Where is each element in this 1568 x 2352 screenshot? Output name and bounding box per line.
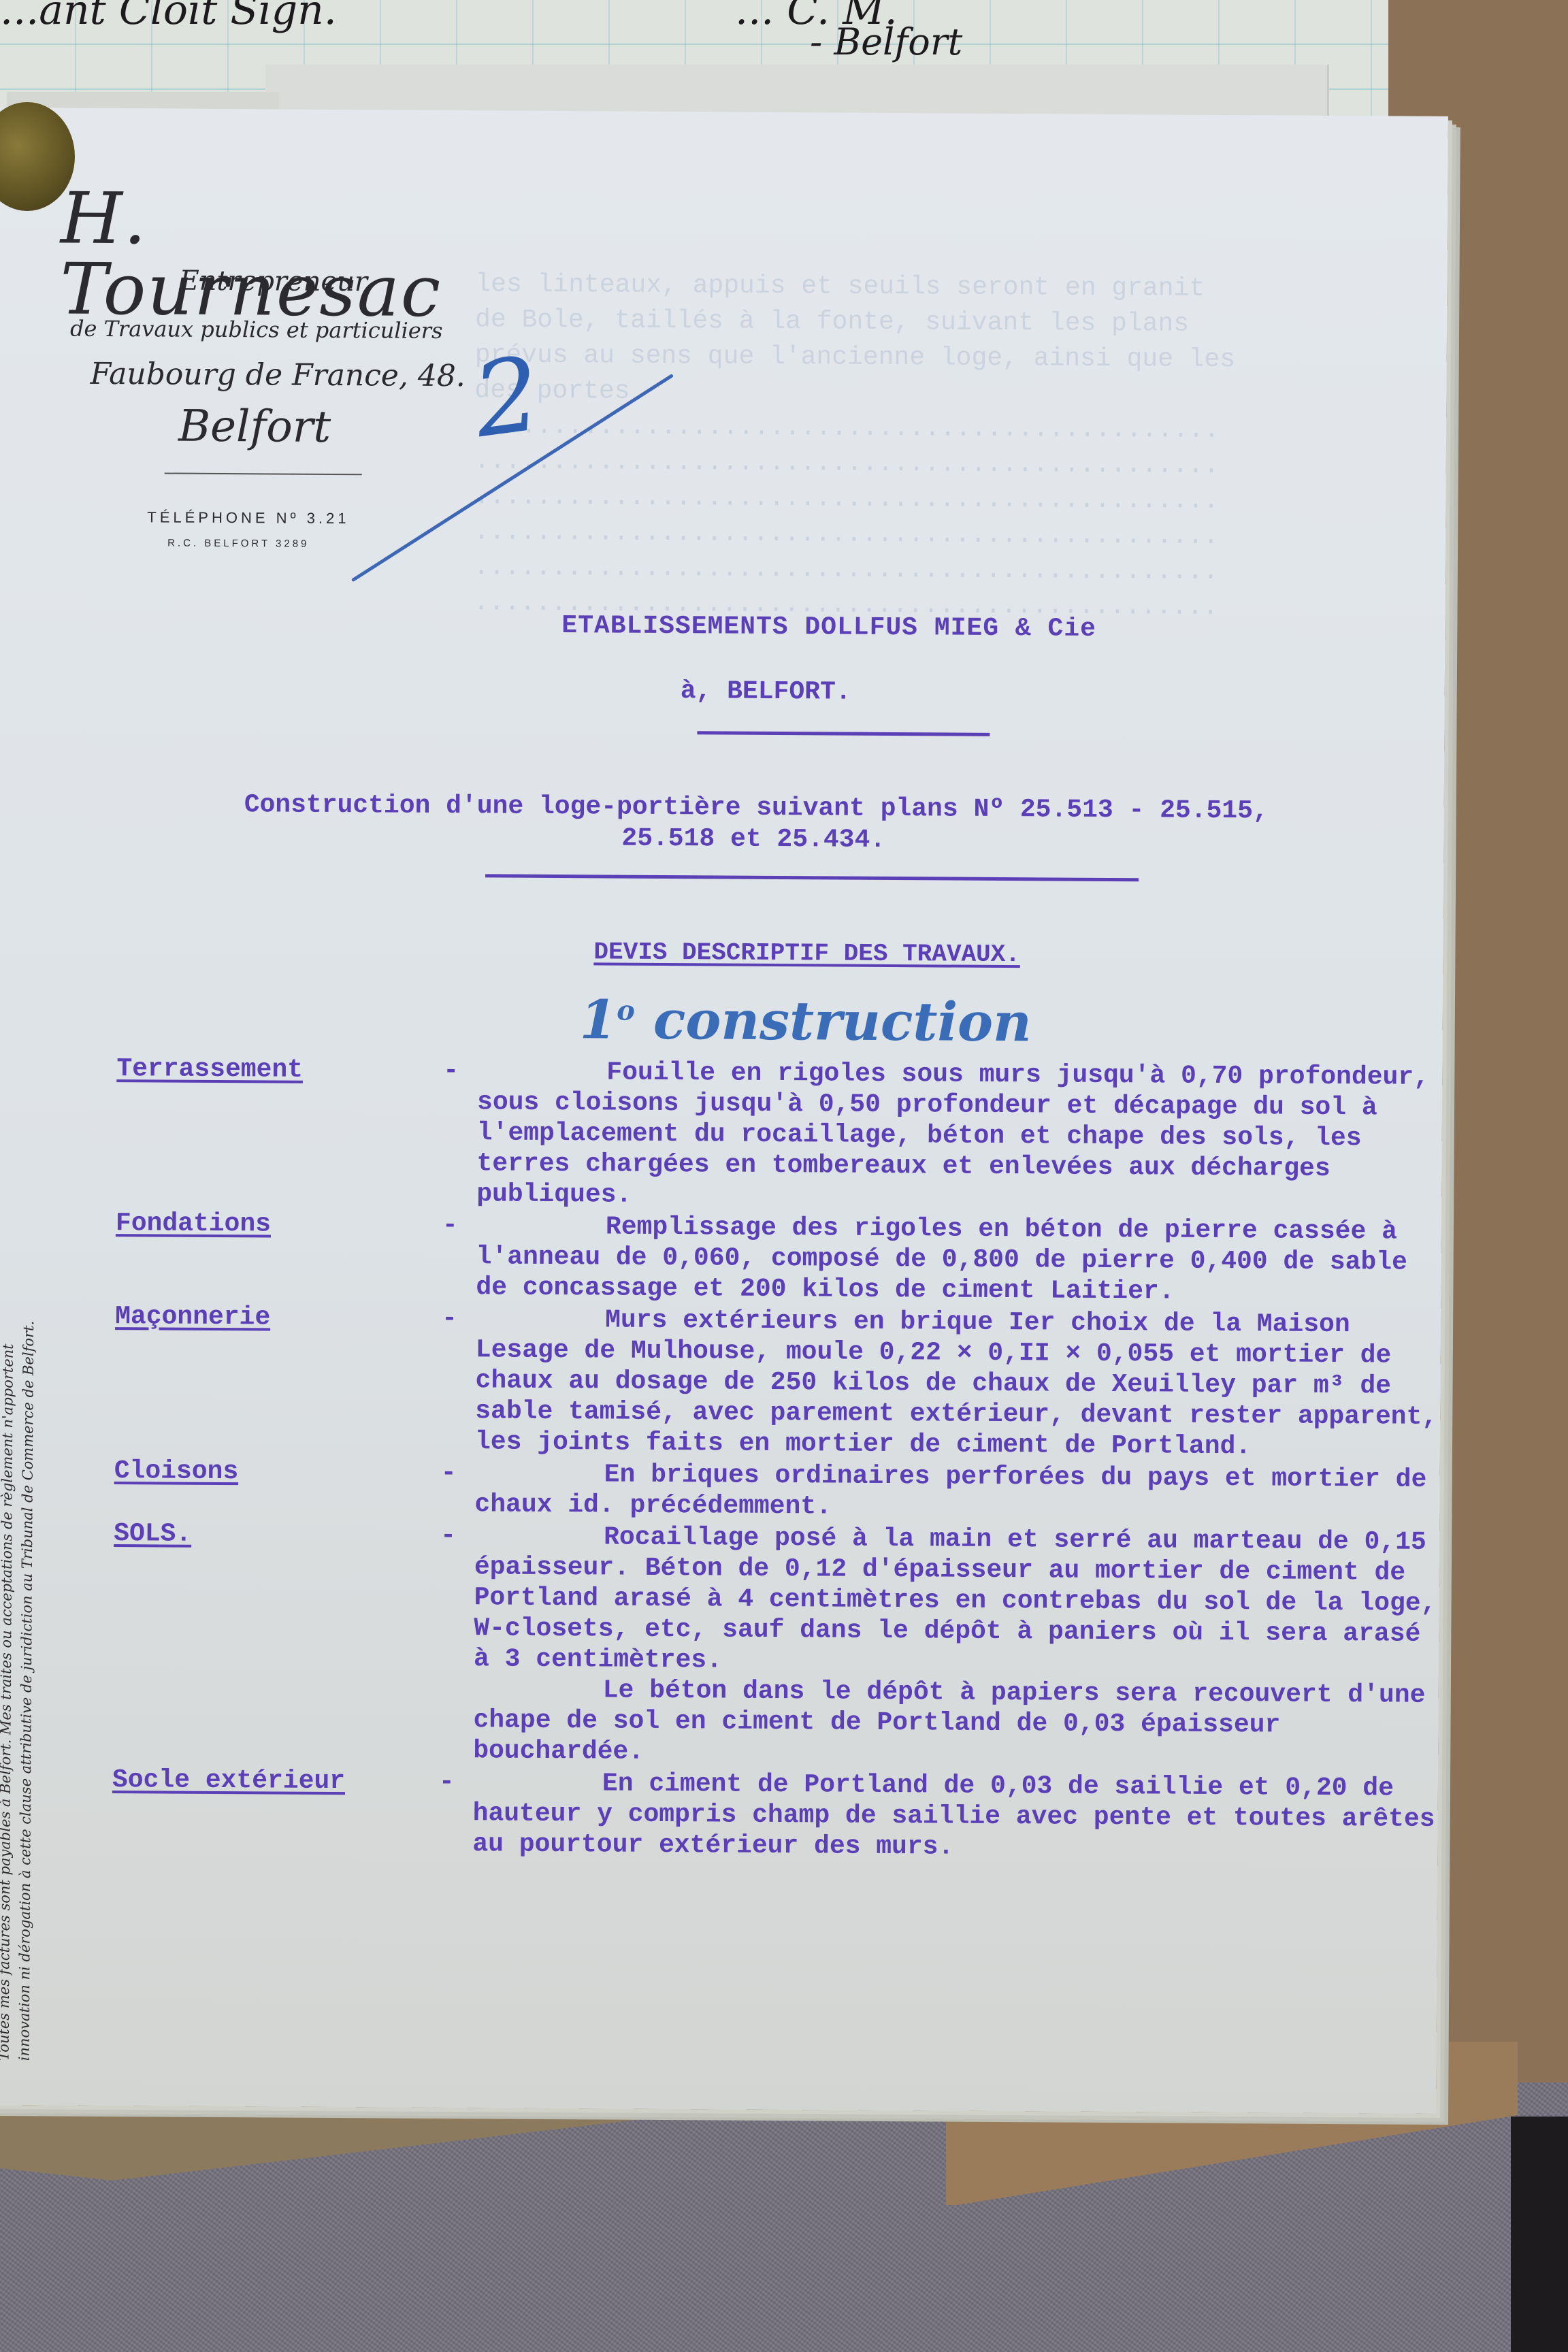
recipient-city: à, BELFORT. [681, 676, 851, 707]
ledger-signature-place: - Belfort [810, 20, 962, 63]
subject-line-2: 25.518 et 25.434. [244, 821, 1469, 860]
letterhead-telephone: TÉLÉPHONE Nº 3.21 [147, 508, 349, 527]
section-cloisons: Cloisons - En briques ordinaires perforé… [114, 1456, 1448, 1526]
section-dash: - [442, 1304, 476, 1333]
letterhead-address: Faubourg de France, 48. [90, 357, 465, 393]
letterhead: H. Tournesac Entrepreneur de Travaux pub… [40, 182, 517, 185]
shadow-edge [1511, 2117, 1568, 2352]
section-fondations: Fondations - Remplissage des rigoles en … [115, 1209, 1450, 1309]
margin-legal-note: Toutes mes factures sont payables à Belf… [0, 904, 42, 2061]
letterhead-activity: de Travaux publics et particuliers [70, 316, 443, 344]
section-paragraph: En ciment de Portland de 0,03 de saillie… [472, 1767, 1446, 1865]
section-socle-exterieur: Socle extérieur - En ciment de Portland … [112, 1765, 1446, 1865]
section-label: Terrassement [116, 1054, 443, 1085]
subject: Construction d'une loge-portière suivant… [244, 789, 1469, 860]
letterhead-role: Entrepreneur [179, 265, 367, 298]
section-dash: - [440, 1521, 474, 1550]
section-body: Remplissage des rigoles en béton de pier… [476, 1211, 1450, 1309]
section-dash: - [443, 1056, 477, 1085]
section-note-number: 1 [580, 989, 617, 1051]
section-terrassement: Terrassement - Fouille en rigoles sous m… [116, 1054, 1450, 1215]
recipient-name: ETABLISSEMENTS DOLLFUS MIEG & Cie [561, 611, 1096, 644]
section-paragraph: Le béton dans le dépôt à papiers sera re… [473, 1674, 1447, 1772]
section-paragraph: Remplissage des rigoles en béton de pier… [476, 1211, 1450, 1309]
section-label: SOLS. [114, 1519, 440, 1550]
section-handwritten-note: 1o construction [580, 989, 1032, 1053]
section-dash: - [439, 1767, 473, 1797]
ledger-handwriting-left: ...ant Cloit Sign. [0, 0, 337, 34]
devis-title: DEVIS DESCRIPTIF DES TRAVAUX. [593, 938, 1020, 968]
section-note-superscript: o [617, 995, 635, 1027]
section-paragraph: Rocaillage posé à la main et serré au ma… [474, 1521, 1448, 1680]
letterhead-name: H. Tournesac [60, 183, 517, 327]
section-paragraph: Murs extérieurs en brique Ier choix de l… [475, 1304, 1449, 1463]
section-dash: - [441, 1458, 475, 1488]
work-sections: Terrassement - Fouille en rigoles sous m… [112, 1054, 1450, 1867]
section-label: Socle extérieur [112, 1765, 439, 1797]
section-paragraph: En briques ordinaires perforées du pays … [474, 1458, 1448, 1526]
bleed-through-text: les linteaux, appuis et seuils seront en… [471, 267, 1415, 1021]
letterhead-registry: R.C. BELFORT 3289 [167, 538, 309, 550]
section-body: Fouille en rigoles sous murs jusqu'à 0,7… [476, 1056, 1450, 1215]
section-sols: SOLS. - Rocaillage posé à la main et ser… [112, 1519, 1448, 1772]
section-body: En briques ordinaires perforées du pays … [474, 1458, 1448, 1526]
subject-line-1: Construction d'une loge-portière suivant… [244, 790, 1269, 826]
letterhead-city: Belfort [178, 402, 331, 453]
section-maconnerie: Maçonnerie - Murs extérieurs en brique I… [114, 1302, 1449, 1463]
section-body: Rocaillage posé à la main et serré au ma… [473, 1521, 1448, 1772]
section-dash: - [442, 1211, 476, 1240]
section-note-text: construction [653, 990, 1032, 1053]
section-body: Murs extérieurs en brique Ier choix de l… [475, 1304, 1449, 1463]
section-label: Maçonnerie [115, 1302, 442, 1333]
section-paragraph: Fouille en rigoles sous murs jusqu'à 0,7… [476, 1056, 1450, 1215]
letterhead-divider [165, 472, 362, 475]
section-label: Cloisons [114, 1456, 441, 1488]
letter-sheet: les linteaux, appuis et seuils seront en… [0, 108, 1448, 2114]
section-body: En ciment de Portland de 0,03 de saillie… [472, 1767, 1446, 1865]
section-label: Fondations [116, 1209, 442, 1240]
